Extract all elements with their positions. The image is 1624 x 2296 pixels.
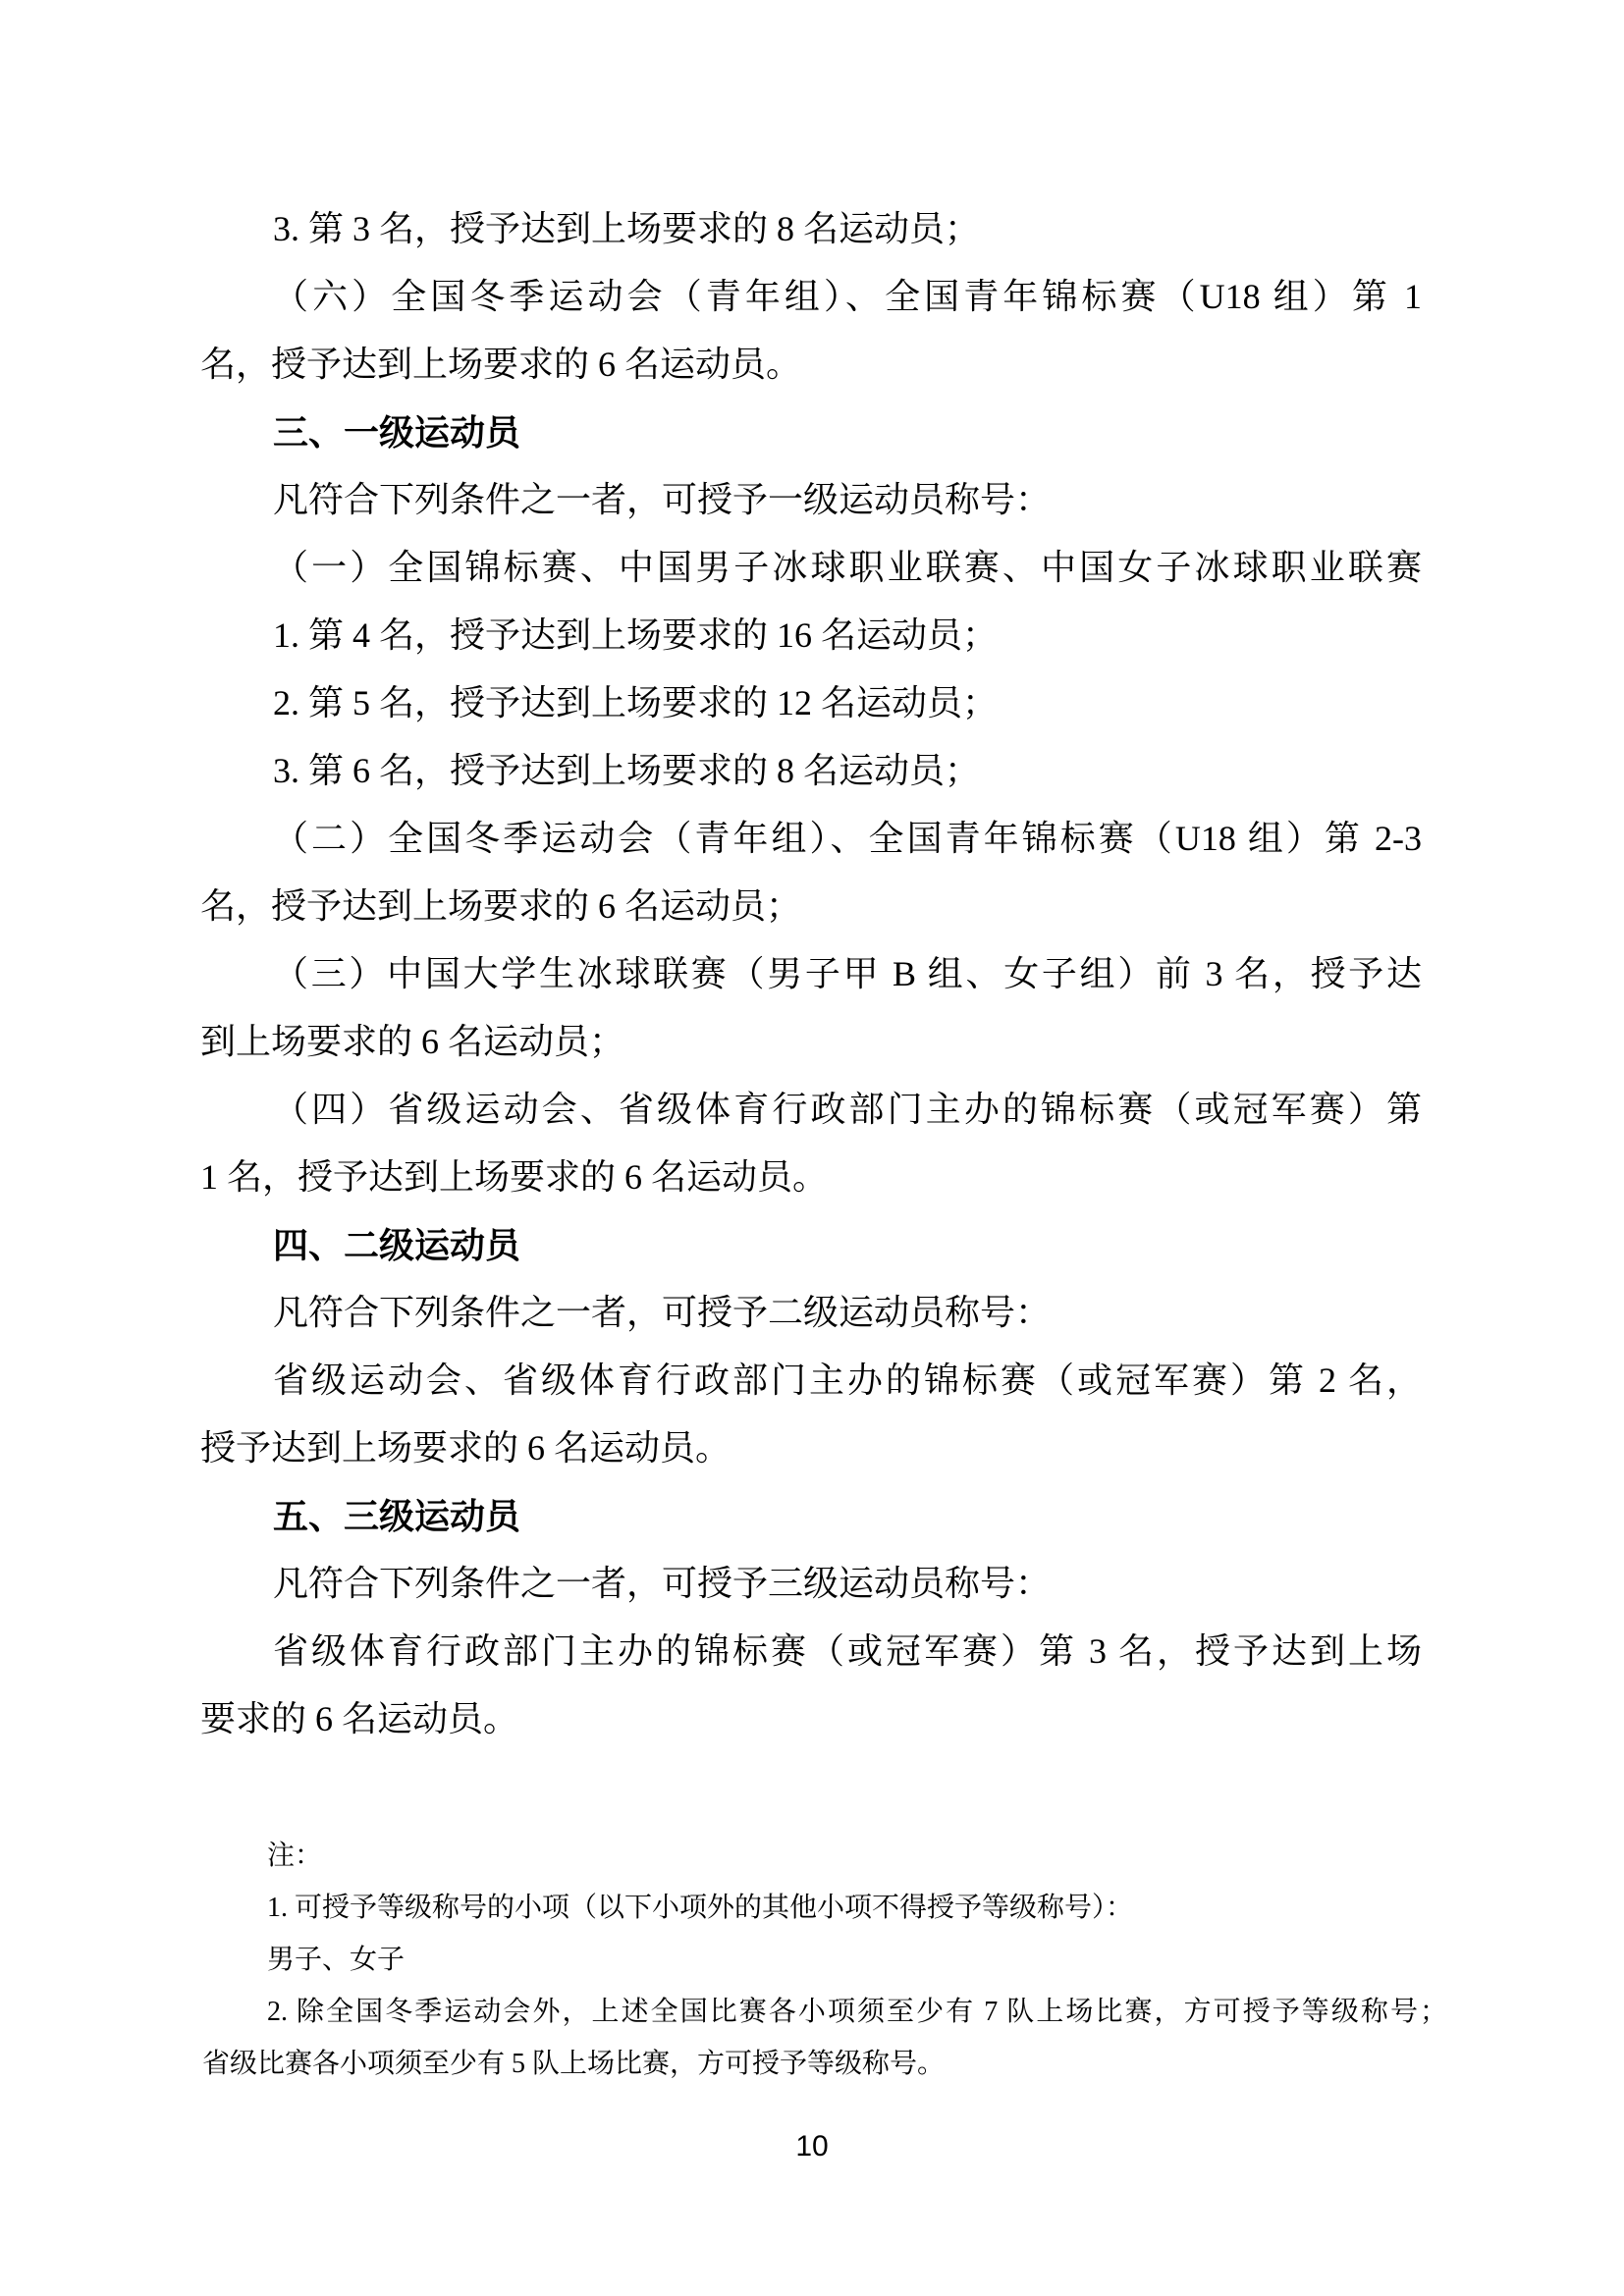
body-line: 省级运动会、省级体育行政部门主办的锦标赛（或冠军赛）第 2 名， bbox=[200, 1347, 1422, 1415]
note-line: 1. 可授予等级称号的小项（以下小项外的其他小项不得授予等级称号）： bbox=[202, 1882, 1447, 1934]
body-line: 到上场要求的 6 名运动员； bbox=[200, 1008, 1422, 1076]
body-line: （一）全国锦标赛、中国男子冰球职业联赛、中国女子冰球职业联赛 bbox=[200, 534, 1422, 602]
body-line: 省级体育行政部门主办的锦标赛（或冠军赛）第 3 名，授予达到上场 bbox=[200, 1618, 1422, 1685]
body-line: （三）中国大学生冰球联赛（男子甲 B 组、女子组）前 3 名，授予达 bbox=[200, 940, 1422, 1008]
heading-line: 四、二级运动员 bbox=[200, 1211, 1422, 1279]
note-line: 省级比赛各小项须至少有 5 队上场比赛，方可授予等级称号。 bbox=[202, 2038, 1447, 2090]
body-line: 授予达到上场要求的 6 名运动员。 bbox=[200, 1415, 1422, 1482]
body-line: 1. 第 4 名，授予达到上场要求的 16 名运动员； bbox=[200, 602, 1422, 669]
body-line: 名，授予达到上场要求的 6 名运动员。 bbox=[200, 331, 1422, 399]
note-line: 注： bbox=[202, 1830, 1447, 1882]
body-line: （六）全国冬季运动会（青年组）、全国青年锦标赛（U18 组）第 1 bbox=[200, 263, 1422, 331]
body-line: 名，授予达到上场要求的 6 名运动员； bbox=[200, 873, 1422, 940]
body-line: 凡符合下列条件之一者，可授予二级运动员称号： bbox=[200, 1279, 1422, 1347]
body-line: 要求的 6 名运动员。 bbox=[200, 1685, 1422, 1753]
body-line: 凡符合下列条件之一者，可授予一级运动员称号： bbox=[200, 466, 1422, 534]
body-line: 凡符合下列条件之一者，可授予三级运动员称号： bbox=[200, 1550, 1422, 1618]
body-line: 2. 第 5 名，授予达到上场要求的 12 名运动员； bbox=[200, 669, 1422, 737]
document-body: 3. 第 3 名，授予达到上场要求的 8 名运动员； （六）全国冬季运动会（青年… bbox=[200, 195, 1422, 1753]
page-number: 10 bbox=[0, 2127, 1624, 2166]
body-line: （四）省级运动会、省级体育行政部门主办的锦标赛（或冠军赛）第 bbox=[200, 1076, 1422, 1144]
notes-section: 注： 1. 可授予等级称号的小项（以下小项外的其他小项不得授予等级称号）： 男子… bbox=[202, 1830, 1447, 2090]
body-line: 1 名，授予达到上场要求的 6 名运动员。 bbox=[200, 1144, 1422, 1211]
note-line: 男子、女子 bbox=[202, 1934, 1447, 1986]
heading-line: 三、一级运动员 bbox=[200, 399, 1422, 466]
heading-line: 五、三级运动员 bbox=[200, 1482, 1422, 1550]
body-line: 3. 第 3 名，授予达到上场要求的 8 名运动员； bbox=[200, 195, 1422, 263]
note-line: 2. 除全国冬季运动会外，上述全国比赛各小项须至少有 7 队上场比赛，方可授予等… bbox=[202, 1986, 1447, 2038]
document-page: 3. 第 3 名，授予达到上场要求的 8 名运动员； （六）全国冬季运动会（青年… bbox=[0, 0, 1624, 2296]
body-line: （二）全国冬季运动会（青年组）、全国青年锦标赛（U18 组）第 2-3 bbox=[200, 805, 1422, 873]
body-line: 3. 第 6 名，授予达到上场要求的 8 名运动员； bbox=[200, 737, 1422, 805]
